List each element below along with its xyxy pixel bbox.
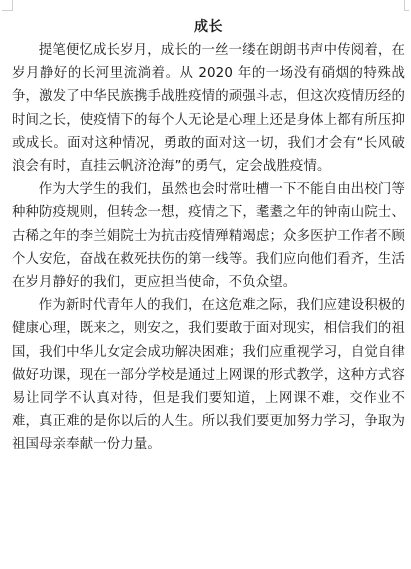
- page-corner-mark-top-right: [404, 0, 409, 11]
- paragraph-3: 作为新时代青年人的我们，在这危难之际，我们应建设积极的健康心理，既来之，则安之，…: [12, 294, 405, 456]
- page-corner-mark-top-left: [2, 0, 13, 11]
- document-page: 成长 提笔便忆成长岁月，成长的一丝一缕在朗朗书声中传阅着，在岁月静好的长河里流淌…: [12, 16, 405, 457]
- paragraph-2: 作为大学生的我们，虽然也会时常吐槽一下不能自由出校门等种种防疫规则，但转念一想，…: [12, 178, 405, 294]
- paragraph-1: 提笔便忆成长岁月，成长的一丝一缕在朗朗书声中传阅着，在岁月静好的长河里流淌着。从…: [12, 39, 405, 178]
- document-title: 成长: [12, 16, 405, 38]
